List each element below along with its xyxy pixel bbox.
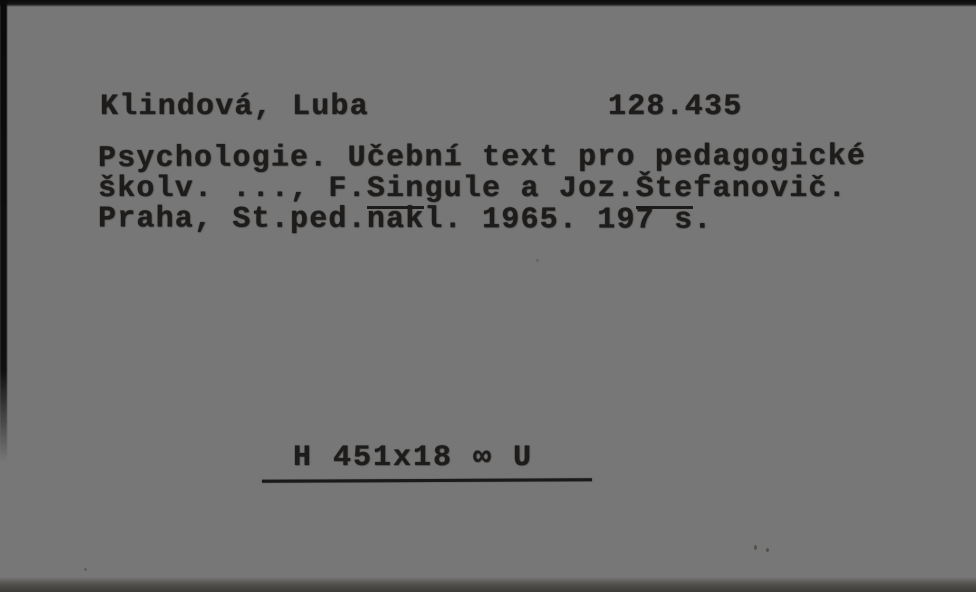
call-number: 128.435 <box>608 90 742 124</box>
ink-speck <box>766 548 769 552</box>
ink-speck <box>84 568 87 571</box>
entry-line-1: Psychologie. Učební text pro pedagogické <box>98 140 866 176</box>
shelf-mark-underline <box>262 478 592 482</box>
ink-speck <box>536 259 539 262</box>
author-heading: Klindová, Luba <box>100 90 369 124</box>
entry-line-2-mid: gule a Joz. <box>424 172 635 206</box>
entry-line-3-imprint: Praha, St.ped.nakl. 1965. 197 s. <box>98 202 713 237</box>
scan-edge-top <box>0 0 976 7</box>
entry-line-2-prefix: školv. ..., F. <box>98 172 367 206</box>
entry-line-2: školv. ..., F.Singule a Joz.Štefanovič. <box>98 172 847 206</box>
entry-line-2-suffix: fanovič. <box>693 172 847 206</box>
shelf-mark: H 451x18 ∞ U <box>293 441 533 475</box>
ink-speck <box>754 545 757 550</box>
scan-edge-bottom <box>0 577 976 592</box>
catalog-card-scan: Klindová, Luba 128.435 Psychologie. Učeb… <box>0 0 976 592</box>
scan-edge-left <box>0 0 7 462</box>
